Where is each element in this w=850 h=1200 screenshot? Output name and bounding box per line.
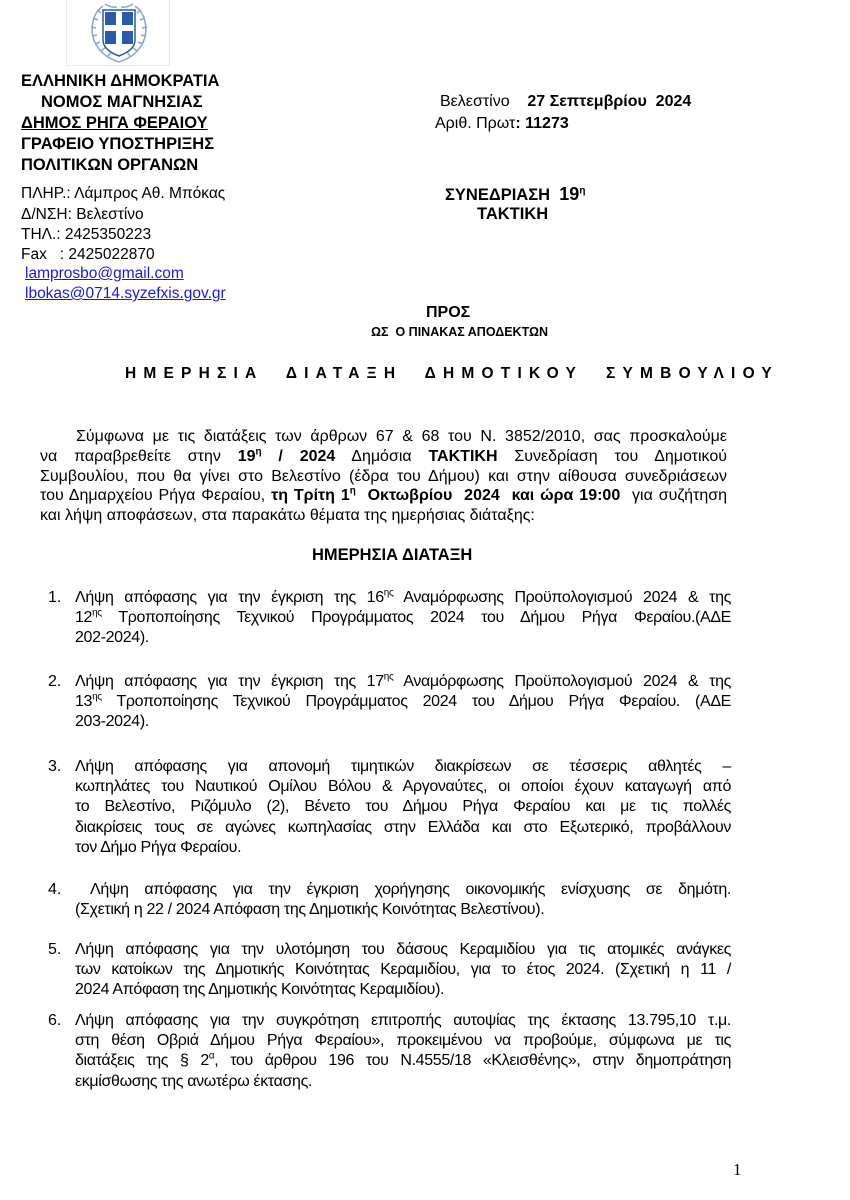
sender-office-line1: ΓΡΑΦΕΙΟ ΥΠΟΣΤΗΡΙΞΗΣ (21, 134, 214, 155)
agenda-item: 3. Λήψη απόφασης για απονομή τιμητικών δ… (48, 757, 731, 858)
document-title: ΗΜΕΡΗΣΙΑ ΔΙΑΤΑΞΗ ΔΗΜΟΤΙΚΟΥ ΣΥΜΒΟΥΛΙΟΥ (125, 365, 779, 383)
agenda-item: 4. Λήψη απόφασης για την έγκριση χορήγησ… (48, 880, 731, 920)
emblem-frame (66, 0, 170, 66)
session-number: 19 (559, 184, 579, 204)
protocol-line: Αριθ. Πρωτ: 11273 (435, 115, 569, 133)
protocol-number: 11273 (525, 115, 569, 132)
sender-office-line2: ΠΟΛΙΤΙΚΩΝ ΟΡΓΑΝΩΝ (21, 155, 198, 176)
agenda-item: 6. Λήψη απόφασης για την συγκρότηση επιτ… (48, 1011, 731, 1092)
sender-prefecture: ΝΟΜΟΣ ΜΑΓΝΗΣΙΑΣ (41, 92, 203, 113)
session-type: ΤΑΚΤΙΚΗ (477, 205, 548, 224)
agenda-item: 5. Λήψη απόφασης για την υλοτόμηση του δ… (48, 940, 731, 1001)
session-label: ΣΥΝΕΔΡΙΑΣΗ (445, 186, 550, 204)
recipient-list: ΩΣ Ο ΠΙΝΑΚΑΣ ΑΠΟΔΕΚΤΩΝ (371, 325, 548, 339)
contact-fax: Fax : 2425022870 (21, 245, 155, 265)
agenda-item: 1. Λήψη απόφασης για την έγκριση της 16η… (48, 588, 731, 649)
page-number: 1 (733, 1160, 742, 1180)
session-line: ΣΥΝΕΔΡΙΑΣΗ 19η (445, 184, 585, 205)
recipient-to: ΠΡΟΣ (426, 304, 470, 322)
protocol-label: Αριθ. Πρωτ (435, 115, 515, 132)
greek-coat-of-arms-icon (83, 0, 155, 66)
agenda-heading: ΗΜΕΡΗΣΙΑ ΔΙΑΤΑΞΗ (312, 546, 472, 565)
intro-paragraph: Σύμφωνα με τις διατάξεις των άρθρων 67 &… (40, 427, 727, 526)
date: 27 Σεπτεμβρίου 2024 (527, 93, 691, 110)
date-line: Βελεστίνο 27 Σεπτεμβρίου 2024 (440, 93, 691, 111)
email-link-secondary[interactable]: lbokas@0714.syzefxis.gov.gr (25, 284, 226, 304)
contact-person: ΠΛΗΡ.: Λάμπρος Αθ. Μπόκας (21, 184, 225, 204)
agenda-item: 2. Λήψη απόφασης για την έγκριση της 17η… (48, 672, 731, 733)
email-link-primary[interactable]: lamprosbo@gmail.com (25, 264, 184, 284)
contact-address: Δ/ΝΣΗ: Βελεστίνο (21, 205, 144, 225)
contact-phone: ΤΗΛ.: 2425350223 (21, 225, 151, 245)
place: Βελεστίνο (440, 93, 510, 110)
sender-country: ΕΛΛΗΝΙΚΗ ΔΗΜΟΚΡΑΤΙΑ (21, 71, 219, 92)
sender-municipality: ΔΗΜΟΣ ΡΗΓΑ ΦΕΡΑΙΟΥ (21, 113, 208, 134)
